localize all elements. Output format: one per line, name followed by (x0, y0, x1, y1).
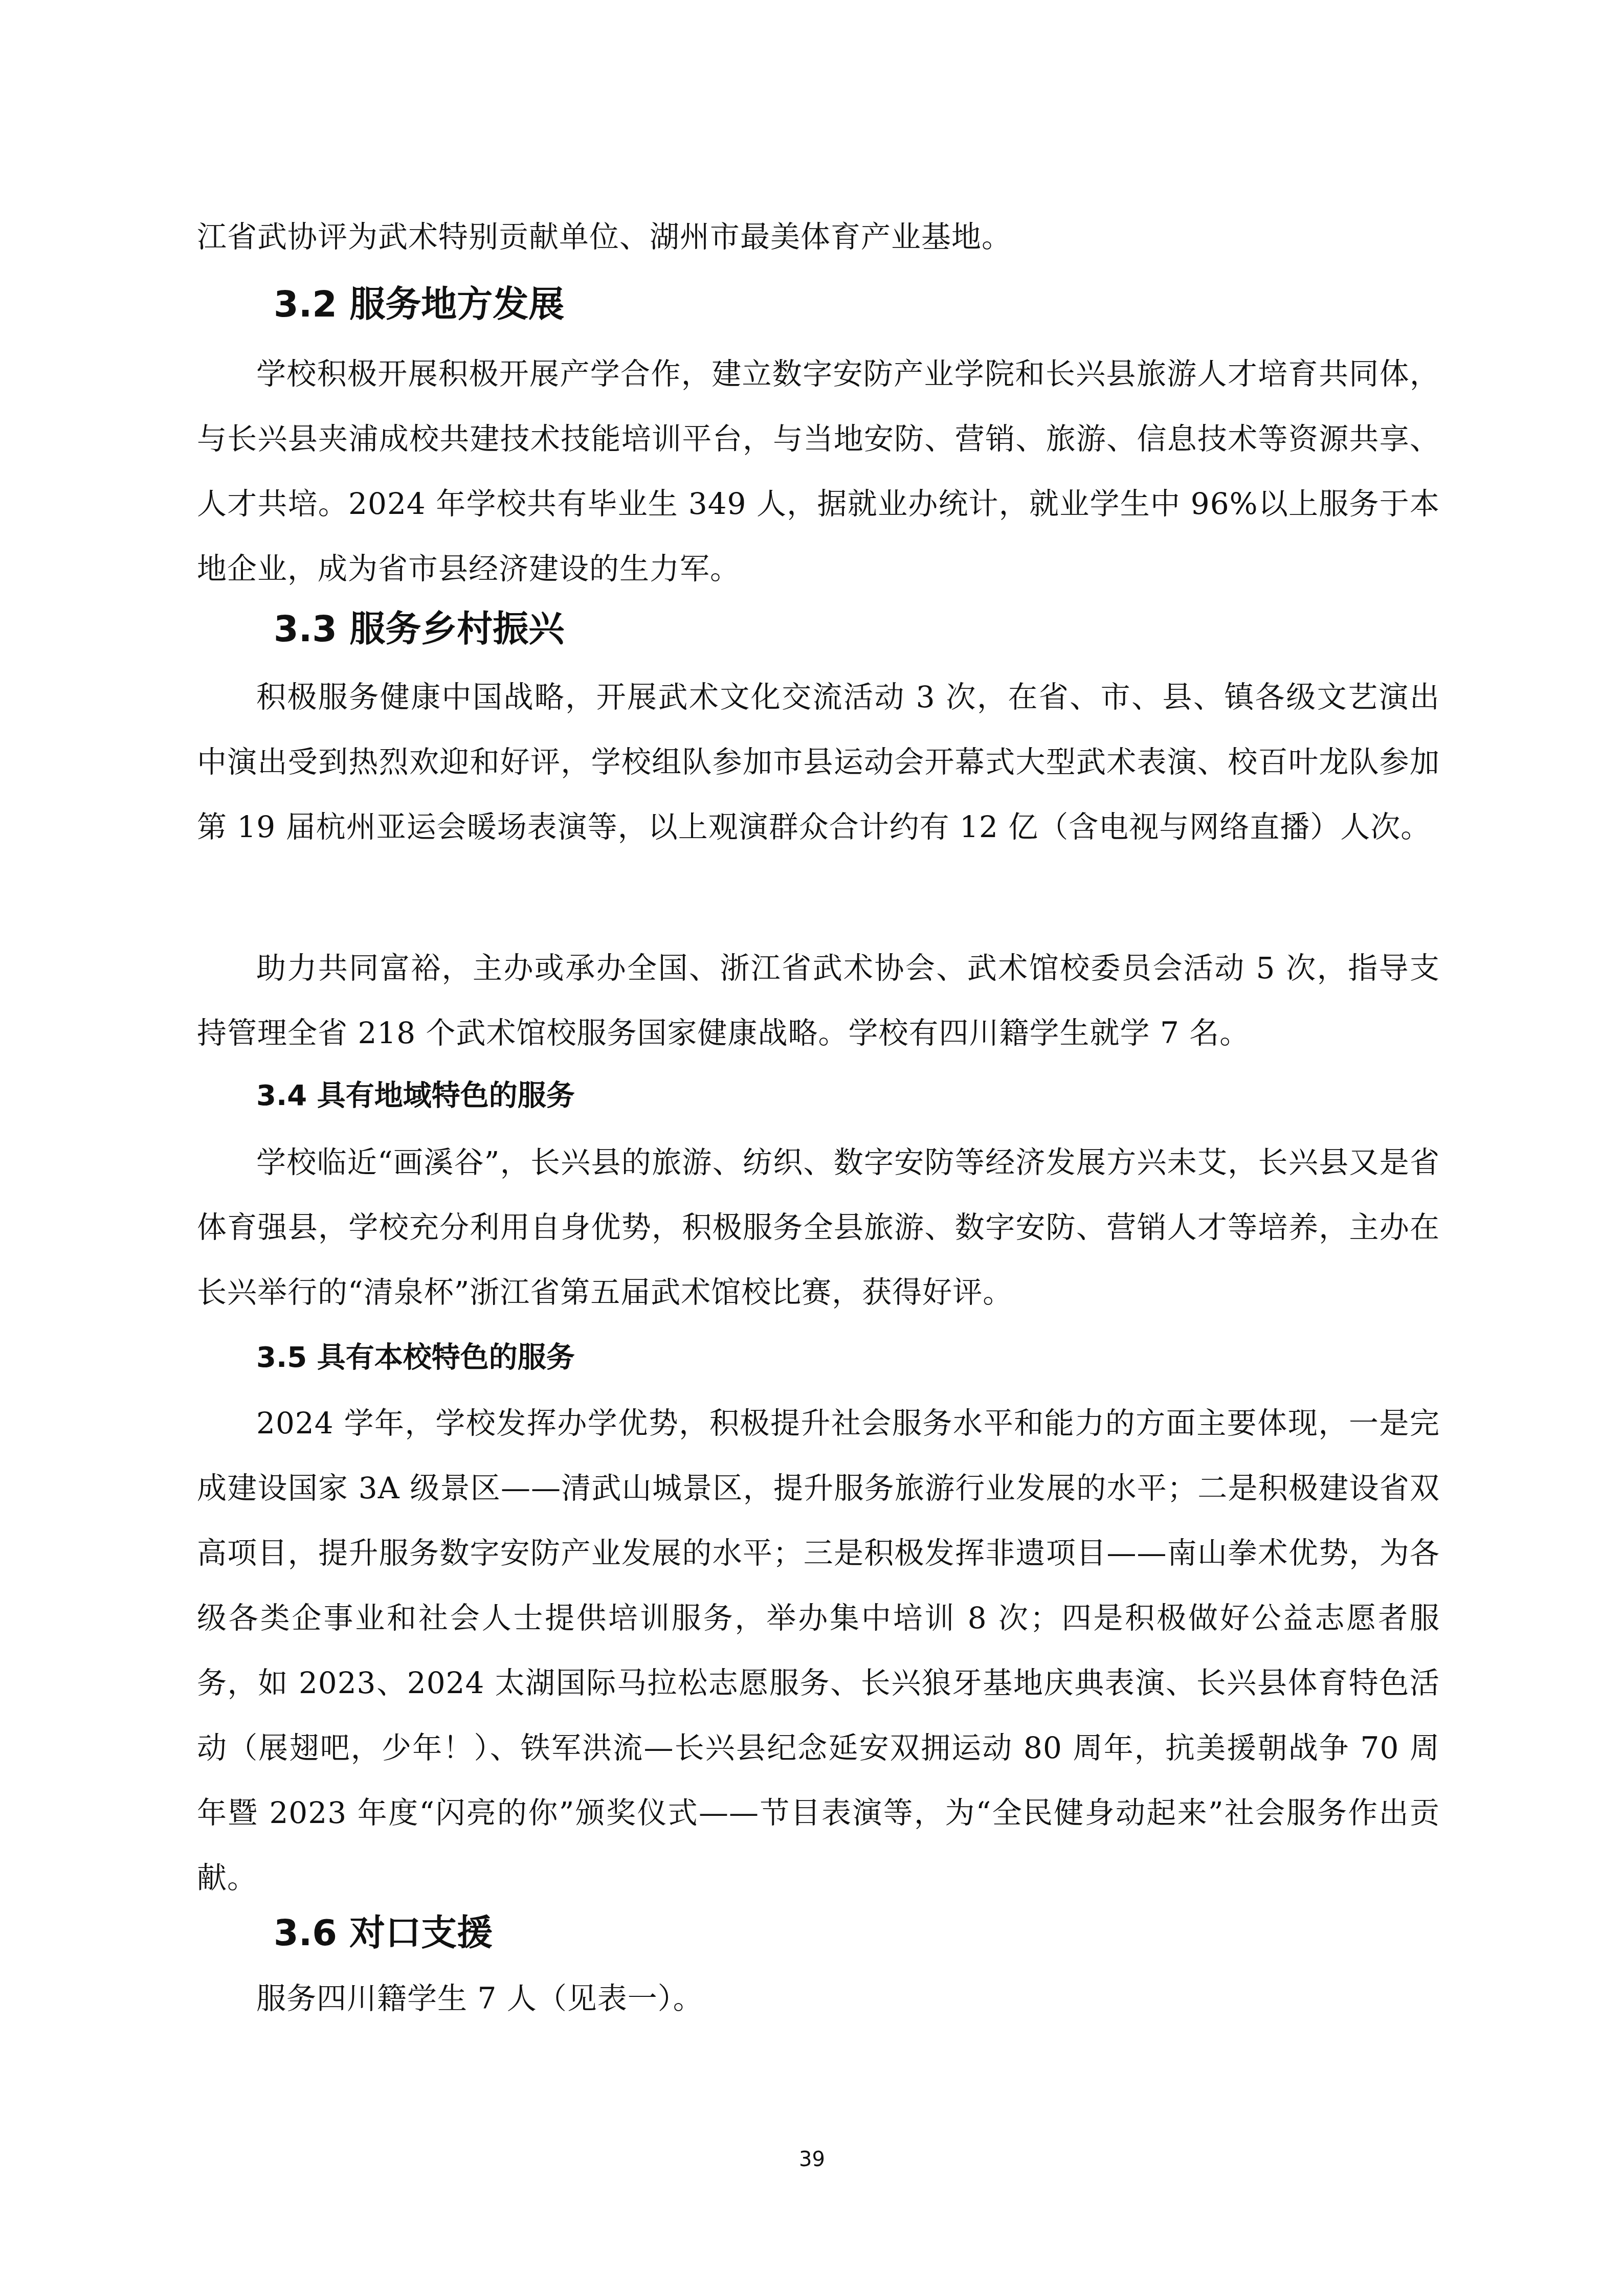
paragraph-text: 学校积极开展积极开展产学合作，建立数字安防产业学院和长兴县旅游人才培育共同体，与… (197, 342, 1440, 601)
subsection-heading: 3.4 具有地域特色的服务 (197, 1070, 1440, 1121)
continuation-paragraph: 江省武协评为武术特别贡献单位、湖州市最美体育产业基地。 (197, 205, 1440, 269)
paragraph-text: 江省武协评为武术特别贡献单位、湖州市最美体育产业基地。 (197, 205, 1440, 269)
section-3-3: 3.3 服务乡村振兴 (197, 603, 1440, 655)
page-number: 39 (0, 2148, 1624, 2171)
section-3-3-body-2: 助力共同富裕，主办或承办全国、浙江省武术协会、武术馆校委员会活动 5 次，指导支… (197, 936, 1440, 1066)
section-3-4-body: 学校临近“画溪谷”，长兴县的旅游、纺织、数字安防等经济发展方兴未艾，长兴县又是省… (197, 1130, 1440, 1325)
section-heading: 3.3 服务乡村振兴 (197, 603, 1440, 655)
paragraph-text: 学校临近“画溪谷”，长兴县的旅游、纺织、数字安防等经济发展方兴未艾，长兴县又是省… (197, 1130, 1440, 1325)
section-3-2: 3.2 服务地方发展 (197, 279, 1440, 330)
paragraph-text: 积极服务健康中国战略，开展武术文化交流活动 3 次，在省、市、县、镇各级文艺演出… (197, 665, 1440, 860)
paragraph-text: 助力共同富裕，主办或承办全国、浙江省武术协会、武术馆校委员会活动 5 次，指导支… (197, 936, 1440, 1066)
section-3-5-body: 2024 学年，学校发挥办学优势，积极提升社会服务水平和能力的方面主要体现，一是… (197, 1391, 1440, 1910)
section-3-2-body: 学校积极开展积极开展产学合作，建立数字安防产业学院和长兴县旅游人才培育共同体，与… (197, 342, 1440, 601)
subsection-heading: 3.5 具有本校特色的服务 (197, 1332, 1440, 1383)
section-3-4: 3.4 具有地域特色的服务 (197, 1070, 1440, 1121)
section-3-5: 3.5 具有本校特色的服务 (197, 1332, 1440, 1383)
paragraph-text: 2024 学年，学校发挥办学优势，积极提升社会服务水平和能力的方面主要体现，一是… (197, 1391, 1440, 1910)
paragraph-text: 服务四川籍学生 7 人（见表一）。 (197, 1966, 1440, 2031)
section-heading: 3.2 服务地方发展 (197, 279, 1440, 330)
section-3-6: 3.6 对口支援 (197, 1907, 1440, 1959)
section-3-3-body-1: 积极服务健康中国战略，开展武术文化交流活动 3 次，在省、市、县、镇各级文艺演出… (197, 665, 1440, 860)
section-3-6-body: 服务四川籍学生 7 人（见表一）。 (197, 1966, 1440, 2031)
section-heading: 3.6 对口支援 (197, 1907, 1440, 1959)
